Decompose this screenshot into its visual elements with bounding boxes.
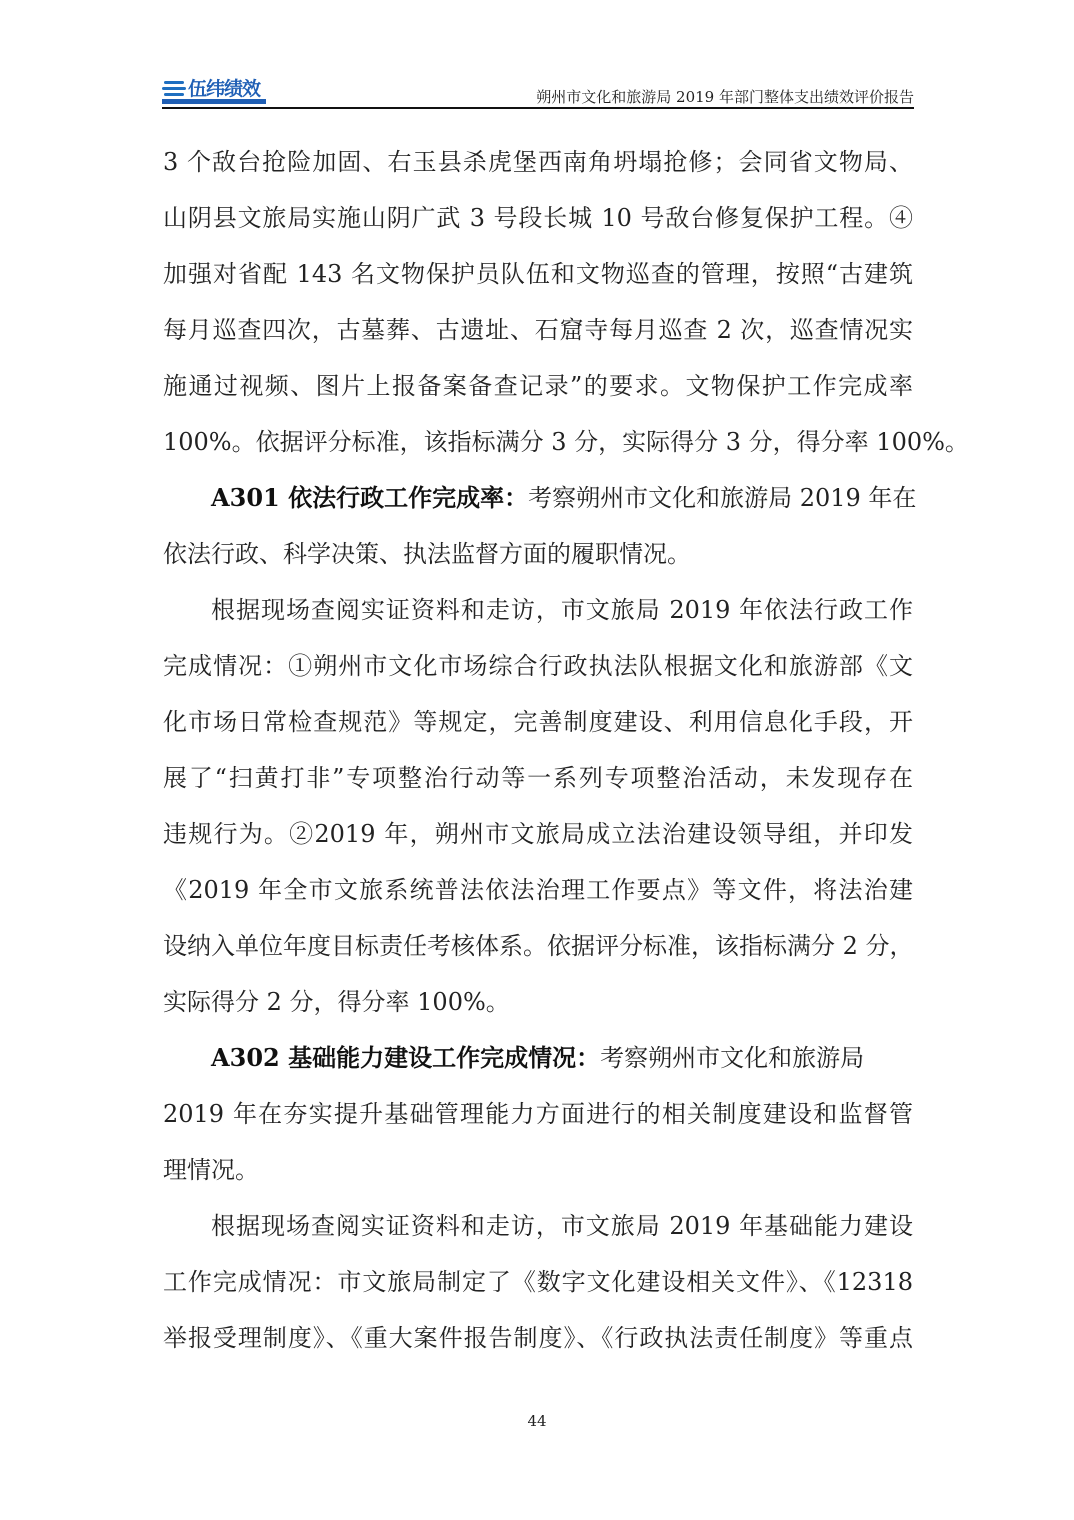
text-line: 3 个敌台抢险加固、右玉县杀虎堡西南角坍塌抢修；会同省文物局、 bbox=[163, 138, 913, 194]
text-line: 完成情况：①朔州市文化市场综合行政执法队根据文化和旅游部《文 bbox=[163, 642, 913, 698]
text-line: 工作完成情况：市文旅局制定了《数字文化建设相关文件》、《12318 bbox=[163, 1258, 913, 1314]
text-line: 加强对省配 143 名文物保护员队伍和文物巡查的管理，按照“古建筑 bbox=[163, 250, 913, 306]
document-body: 3 个敌台抢险加固、右玉县杀虎堡西南角坍塌抢修；会同省文物局、 山阴县文旅局实施… bbox=[163, 138, 913, 1370]
header-divider bbox=[162, 107, 914, 109]
text-line: 实际得分 2 分，得分率 100%。 bbox=[163, 978, 913, 1034]
text-line: 设纳入单位年度目标责任考核体系。依据评分标准，该指标满分 2 分， bbox=[163, 922, 913, 978]
report-title: 朔州市文化和旅游局 2019 年部门整体支出绩效评价报告 bbox=[536, 86, 914, 107]
heading-rest: 考察朔州市文化和旅游局 2019 年在 bbox=[528, 484, 916, 512]
text-line: A302 基础能力建设工作完成情况：考察朔州市文化和旅游局 bbox=[163, 1034, 913, 1090]
page-header: 伍纬绩效 朔州市文化和旅游局 2019 年部门整体支出绩效评价报告 bbox=[162, 74, 914, 108]
section-heading-a301: A301 依法行政工作完成率： bbox=[211, 483, 528, 512]
text-line: 举报受理制度》、《重大案件报告制度》、《行政执法责任制度》等重点 bbox=[163, 1314, 913, 1370]
logo-tagline-bar bbox=[162, 99, 266, 104]
paragraph-heritage-protection: 3 个敌台抢险加固、右玉县杀虎堡西南角坍塌抢修；会同省文物局、 山阴县文旅局实施… bbox=[163, 138, 913, 474]
company-logo: 伍纬绩效 bbox=[162, 74, 266, 106]
heading-rest: 考察朔州市文化和旅游局 bbox=[600, 1044, 864, 1072]
logo-text: 伍纬绩效 bbox=[188, 74, 260, 101]
text-line: 违规行为。②2019 年，朔州市文旅局成立法治建设领导组，并印发 bbox=[163, 810, 913, 866]
text-line: 100%。依据评分标准，该指标满分 3 分，实际得分 3 分，得分率 100%。 bbox=[163, 418, 913, 474]
text-line: 依法行政、科学决策、执法监督方面的履职情况。 bbox=[163, 530, 913, 586]
text-line: 化市场日常检查规范》等规定，完善制度建设、利用信息化手段，开 bbox=[163, 698, 913, 754]
text-line: 《2019 年全市文旅系统普法依法治理工作要点》等文件，将法治建 bbox=[163, 866, 913, 922]
text-line: 根据现场查阅实证资料和走访，市文旅局 2019 年基础能力建设 bbox=[163, 1202, 913, 1258]
section-heading-a302: A302 基础能力建设工作完成情况： bbox=[211, 1043, 600, 1072]
paragraph-a302-findings: 根据现场查阅实证资料和走访，市文旅局 2019 年基础能力建设 工作完成情况：市… bbox=[163, 1202, 913, 1370]
text-line: 理情况。 bbox=[163, 1146, 913, 1202]
paragraph-a301-definition: A301 依法行政工作完成率：考察朔州市文化和旅游局 2019 年在 依法行政、… bbox=[163, 474, 913, 586]
text-line: 展了“扫黄打非”专项整治行动等一系列专项整治活动，未发现存在 bbox=[163, 754, 913, 810]
page-number: 44 bbox=[0, 1412, 1074, 1430]
text-line: 施通过视频、图片上报备案备查记录”的要求。文物保护工作完成率 bbox=[163, 362, 913, 418]
text-line: 根据现场查阅实证资料和走访，市文旅局 2019 年依法行政工作 bbox=[163, 586, 913, 642]
text-line: 山阴县文旅局实施山阴广武 3 号段长城 10 号敌台修复保护工程。④ bbox=[163, 194, 913, 250]
paragraph-a302-definition: A302 基础能力建设工作完成情况：考察朔州市文化和旅游局 2019 年在夯实提… bbox=[163, 1034, 913, 1202]
text-line: 2019 年在夯实提升基础管理能力方面进行的相关制度建设和监督管 bbox=[163, 1090, 913, 1146]
text-line: A301 依法行政工作完成率：考察朔州市文化和旅游局 2019 年在 bbox=[163, 474, 913, 530]
logo-wave-icon bbox=[162, 79, 186, 97]
text-line: 每月巡查四次，古墓葬、古遗址、石窟寺每月巡查 2 次，巡查情况实 bbox=[163, 306, 913, 362]
paragraph-a301-findings: 根据现场查阅实证资料和走访，市文旅局 2019 年依法行政工作 完成情况：①朔州… bbox=[163, 586, 913, 1034]
